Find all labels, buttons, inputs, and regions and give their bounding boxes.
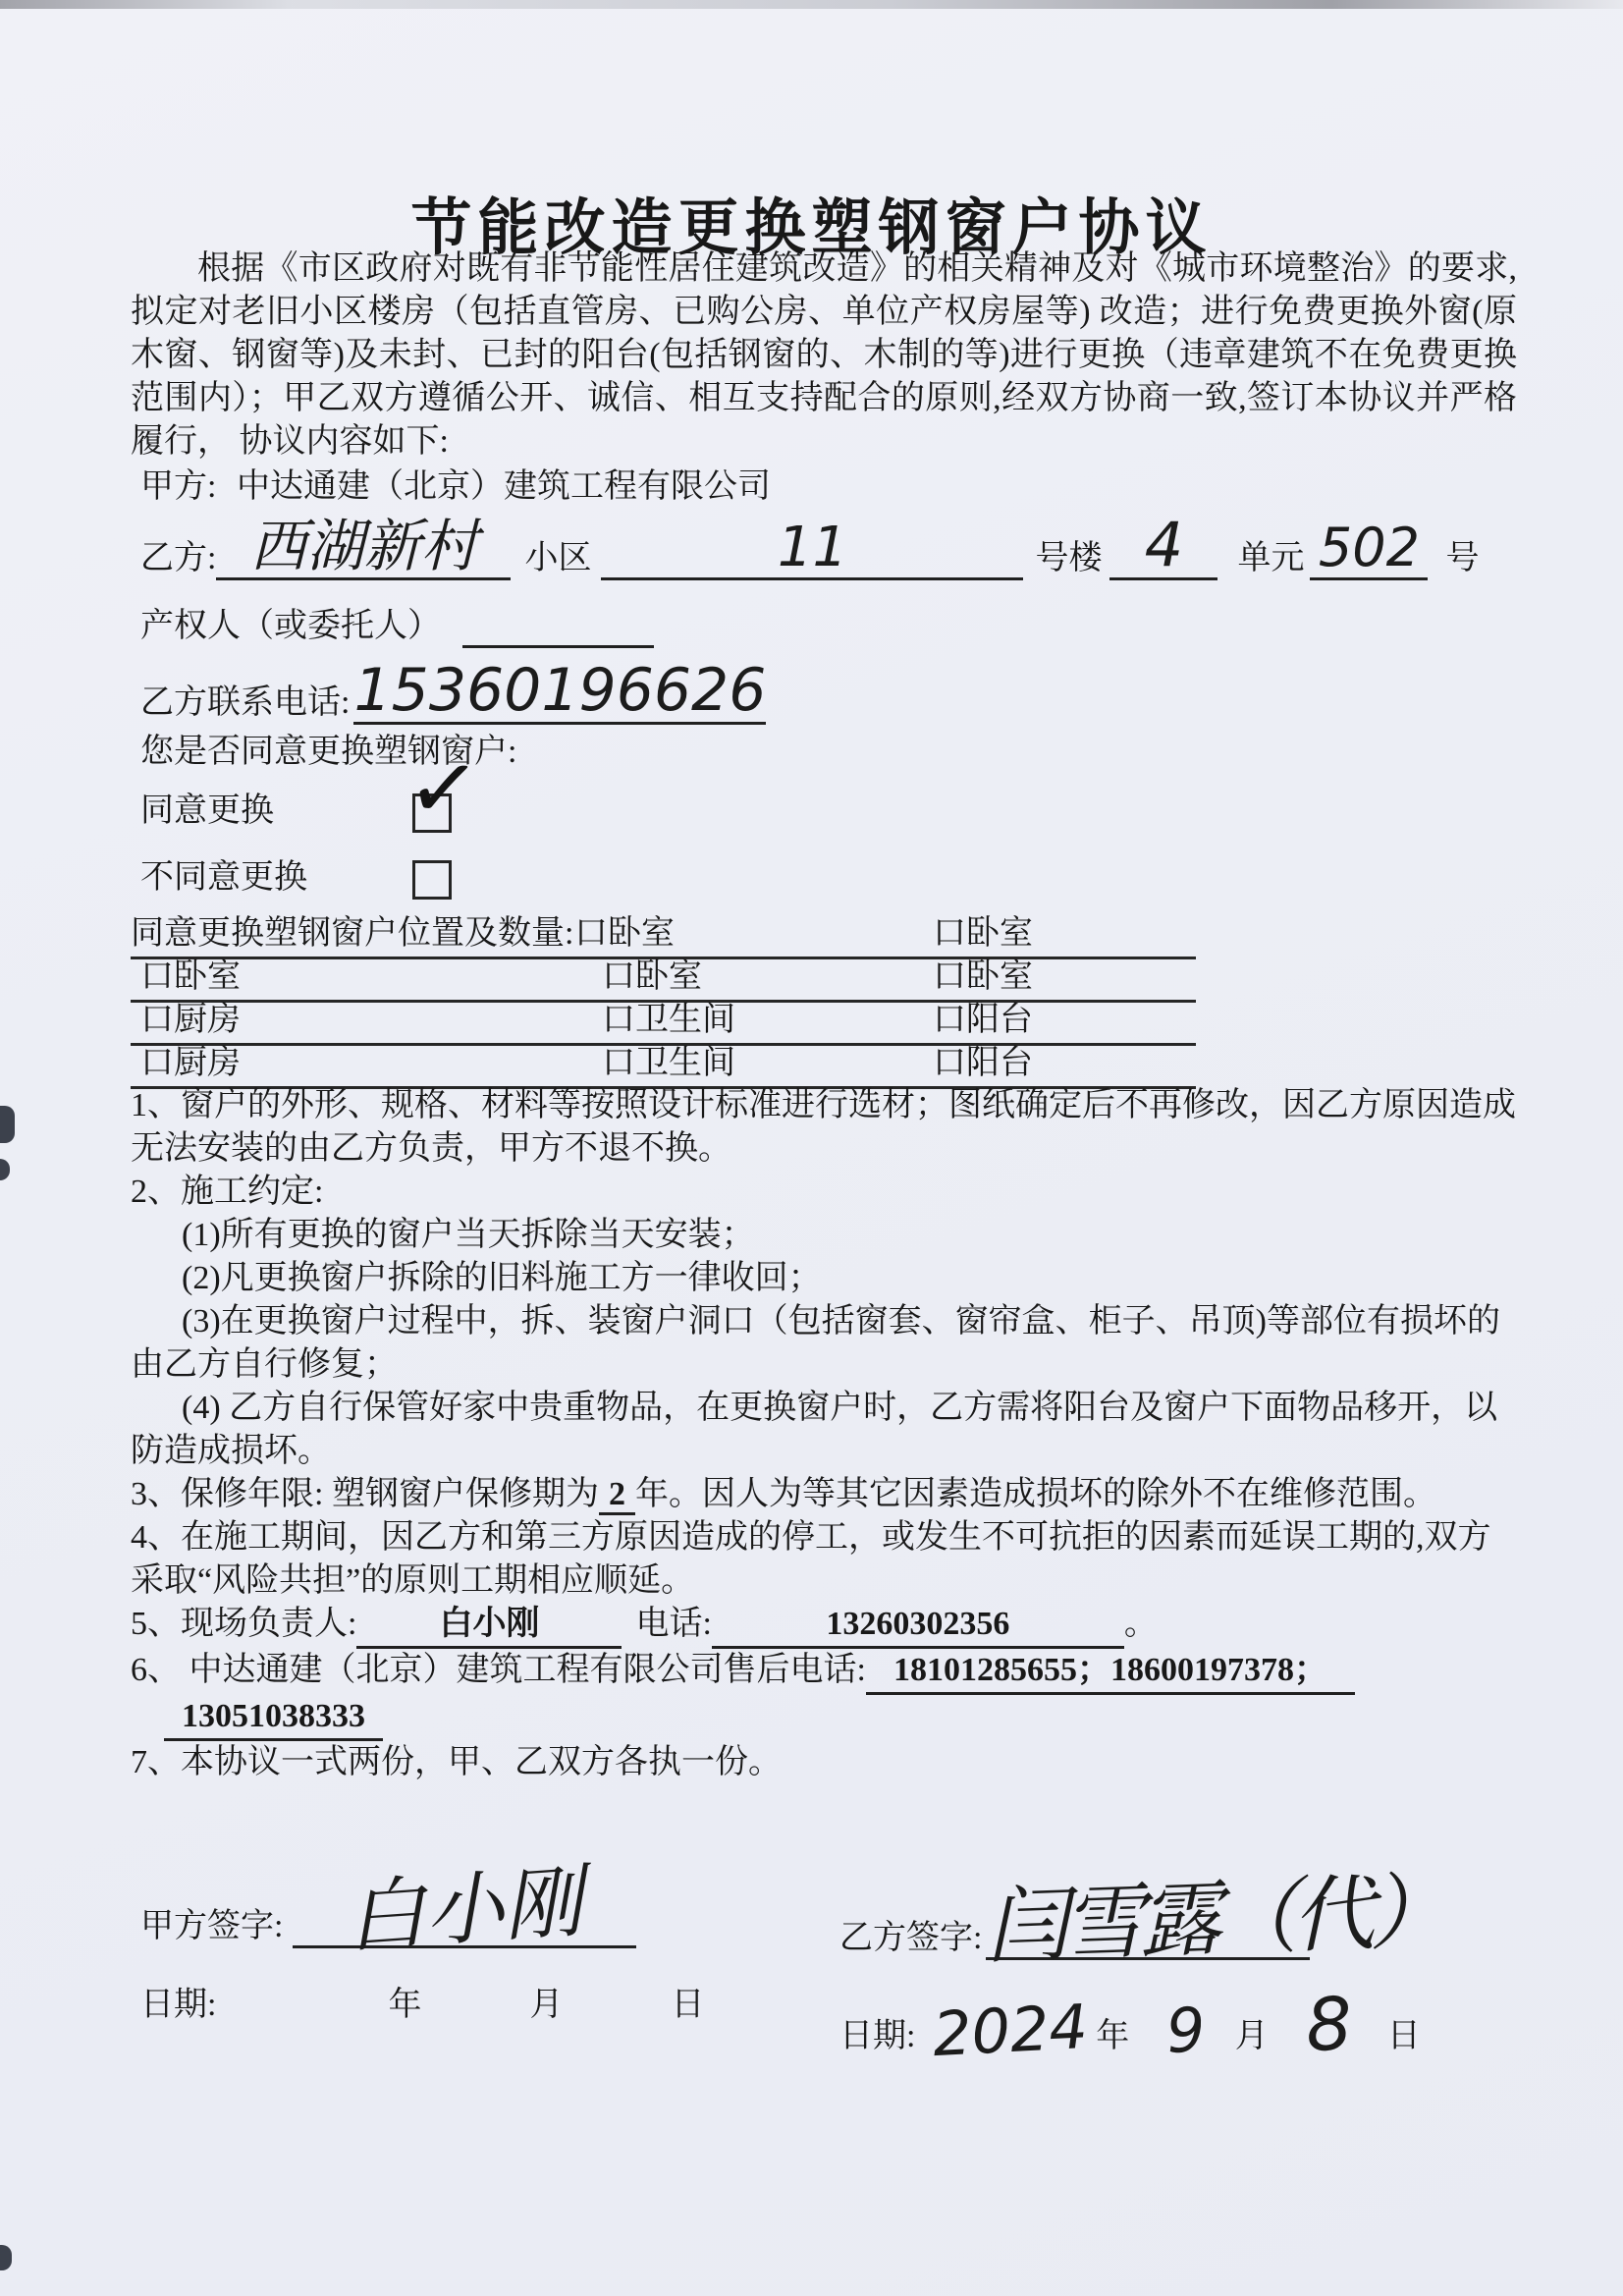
- clause-6-label: 6、 中达通建（北京）建筑工程有限公司售后电话:: [131, 1652, 866, 1688]
- clause-2-item-4: (4) 乙方自行保管好家中贵重物品，在更换窗户时，乙方需将阳台及窗户下面物品移开…: [131, 1387, 1517, 1473]
- table-cell: 口厨房: [140, 1000, 241, 1041]
- table-row: 口厨房 口卫生间 口阳台: [131, 1000, 1196, 1046]
- party-a-signature-handwriting: 白小刚: [345, 1867, 584, 1954]
- party-b-label: 乙方:: [140, 537, 216, 580]
- clauses-block: 1、窗户的外形、规格、材料等按照设计标准进行选材；图纸确定后不再修改，因乙方原因…: [131, 1084, 1517, 1784]
- party-a-signature-row: 甲方签字: 白小刚: [140, 1838, 636, 1948]
- table-cell: 口卧室: [933, 957, 1033, 998]
- unit-no-handwriting: 502: [1319, 517, 1420, 578]
- date-a-day-suffix: 日: [671, 1984, 704, 2027]
- scanned-agreement-page: 节能改造更换塑钢窗户协议 根据《市区政府对既有非节能性居住建筑改造》的相关精神及…: [0, 0, 1623, 2296]
- site-manager-name: 白小刚: [356, 1603, 622, 1649]
- community-handwriting: 西湖新村: [249, 513, 477, 579]
- intro-paragraph: 根据《市区政府对既有非节能性居住建筑改造》的相关精神及对《城市环境整治》的要求,…: [131, 247, 1517, 464]
- clause-6: 6、 中达通建（北京）建筑工程有限公司售后电话:18101285655；1860…: [131, 1649, 1517, 1695]
- clause-2-item-1: (1)所有更换的窗户当天拆除当天安装；: [131, 1214, 1517, 1257]
- date-a-year-suffix: 年: [388, 1984, 421, 2027]
- disagree-option-row: 不同意更换: [140, 852, 452, 900]
- table-header-label: 同意更换塑钢窗户位置及数量:: [131, 913, 573, 955]
- party-a-signature-label: 甲方签字:: [140, 1905, 283, 1948]
- aftersale-phones-2: 13051038333: [164, 1695, 383, 1741]
- clause-2-head: 2、施工约定:: [131, 1171, 1517, 1214]
- scan-artifact: [0, 1159, 10, 1180]
- community-field: 西湖新村: [216, 520, 511, 580]
- building-no-field: 11: [601, 523, 1023, 580]
- table-cell: 口阳台: [933, 1043, 1033, 1084]
- party-b-signature-label: 乙方签字:: [839, 1917, 982, 1960]
- disagree-label: 不同意更换: [140, 856, 307, 900]
- agree-label: 同意更换: [140, 790, 274, 833]
- clause-3-suffix: 年。因人为等其它因素造成损坏的除外不在维修范围。: [635, 1476, 1436, 1512]
- party-b-signature-handwriting: 闫雪露（代）: [985, 1875, 1446, 1965]
- clause-4: 4、在施工期间，因乙方和第三方原因造成的停工，或发生不可抗拒的因素而延误工期的,…: [131, 1516, 1517, 1603]
- date-a-label: 日期:: [140, 1984, 216, 2027]
- clause-7: 7、本协议一式两份，甲、乙双方各执一份。: [131, 1741, 1517, 1784]
- clause-3-prefix: 3、保修年限: 塑钢窗户保修期为: [131, 1476, 599, 1512]
- table-cell: 口阳台: [933, 1000, 1033, 1041]
- table-header-row: 同意更换塑钢窗户位置及数量:口卧室 口卧室: [131, 913, 1196, 959]
- agree-checkbox: ✓: [412, 793, 452, 833]
- clause-5-suffix: 。: [1124, 1606, 1158, 1642]
- clause-5: 5、现场负责人:白小刚电话:13260302356。: [131, 1603, 1517, 1649]
- party-b-phone-field: 15360196626: [353, 664, 766, 725]
- building-unit-field: 4: [1109, 518, 1217, 580]
- site-manager-phone: 13260302356: [712, 1603, 1124, 1649]
- clause-2-item-2: (2)凡更换窗户拆除的旧料施工方一律收回；: [131, 1257, 1517, 1300]
- table-cell: 口卧室: [140, 957, 241, 998]
- clause-5-phone-label: 电话:: [635, 1606, 711, 1642]
- agree-option-row: 同意更换 ✓: [140, 786, 452, 833]
- date-b-row: 日期: 2024 年 9 月 8 日: [839, 1960, 1421, 2058]
- party-a-signature-field: 白小刚: [293, 1875, 636, 1948]
- building-suffix: 号楼: [1035, 537, 1102, 580]
- unit-suffix: 号: [1445, 537, 1479, 580]
- table-row: 口厨房 口卫生间 口阳台: [131, 1043, 1196, 1089]
- building-no-handwriting: 11: [778, 516, 847, 579]
- date-b-year-suffix: 年: [1096, 2015, 1129, 2058]
- aftersale-phones-1: 18101285655；18600197378；: [866, 1649, 1355, 1695]
- clause-2-item-3: (3)在更换窗户过程中，拆、装窗户洞口（包括窗套、窗帘盒、柜子、吊顶)等部位有损…: [131, 1300, 1517, 1387]
- party-b-phone-label: 乙方联系电话:: [140, 682, 350, 725]
- date-a-month-suffix: 月: [529, 1984, 563, 2027]
- date-b-day-suffix: 日: [1387, 2015, 1421, 2058]
- community-suffix: 小区: [524, 537, 591, 580]
- table-cell: 口卧室: [602, 957, 702, 998]
- scan-edge-artifact: [0, 0, 1623, 9]
- warranty-years-value: 2: [599, 1476, 635, 1515]
- checkmark-icon: ✓: [404, 741, 485, 835]
- clause-1: 1、窗户的外形、规格、材料等按照设计标准进行选材；图纸确定后不再修改，因乙方原因…: [131, 1084, 1517, 1171]
- date-b-month-handwriting: 9: [1165, 2002, 1207, 2059]
- date-b-month-suffix: 月: [1235, 2015, 1269, 2058]
- table-header-cell1: 口卧室: [574, 913, 675, 955]
- table-header-cell2: 口卧室: [933, 913, 1033, 955]
- building-unit-handwriting: 4: [1145, 509, 1183, 580]
- disagree-checkbox: [412, 860, 452, 900]
- unit-label: 单元: [1237, 537, 1304, 580]
- party-b-phone-handwriting: 15360196626: [353, 656, 766, 725]
- date-a-row: 日期: 年 月 日: [140, 1980, 704, 2027]
- scan-artifact: [0, 2245, 12, 2270]
- table-cell: 口卫生间: [602, 1043, 735, 1084]
- clause-6-line2: 13051038333: [131, 1695, 1517, 1741]
- date-b-label: 日期:: [839, 2015, 915, 2058]
- party-b-signature-field: 闫雪露（代）: [986, 1883, 1310, 1960]
- scan-artifact: [0, 1106, 15, 1143]
- date-b-day-handwriting: 8: [1304, 1992, 1354, 2059]
- clause-3: 3、保修年限: 塑钢窗户保修期为2年。因人为等其它因素造成损坏的除外不在维修范围…: [131, 1473, 1517, 1516]
- party-b-row: 乙方: 西湖新村 小区 11 号楼 4 单元 502 号: [140, 496, 1479, 580]
- table-cell: 口卫生间: [602, 1000, 735, 1041]
- date-b-year-handwriting: 2024: [932, 1999, 1090, 2062]
- party-b-signature-row: 乙方签字: 闫雪露（代）: [839, 1815, 1310, 1960]
- unit-no-field: 502: [1310, 524, 1428, 580]
- table-row: 口卧室 口卧室 口卧室: [131, 957, 1196, 1003]
- party-b-phone-row: 乙方联系电话: 15360196626: [140, 630, 766, 725]
- table-cell: 口厨房: [140, 1043, 241, 1084]
- clause-5-label: 5、现场负责人:: [131, 1606, 356, 1642]
